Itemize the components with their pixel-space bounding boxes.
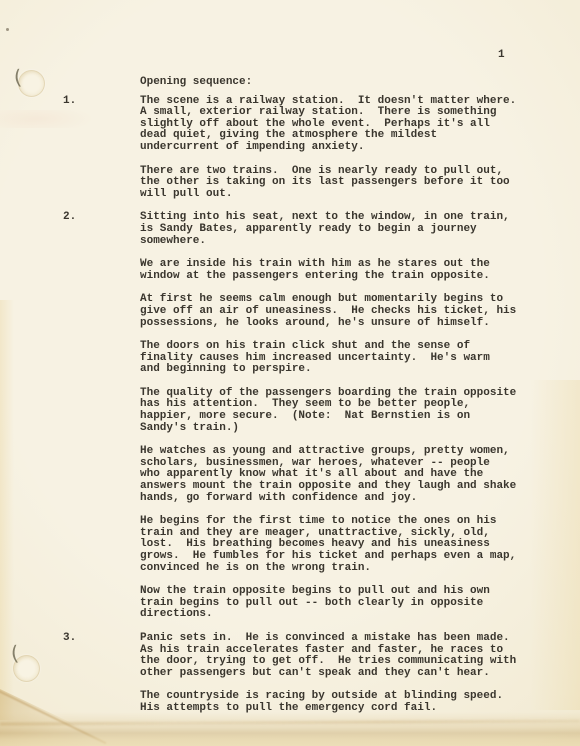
script-paragraph: We are inside his train with him as he s… <box>140 259 540 282</box>
section-paragraphs: The scene is a railway station. It doesn… <box>140 96 540 213</box>
script-paragraph: Panic sets in. He is convinced a mistake… <box>140 633 540 679</box>
scanned-page: ( ( 1 Opening sequence: 1. The scene is … <box>0 0 580 746</box>
script-paragraph: The scene is a railway station. It doesn… <box>140 96 540 154</box>
script-paragraph: At first he seems calm enough but moment… <box>140 294 540 329</box>
script-paragraph: The quality of the passengers boarding t… <box>140 388 540 434</box>
script-paragraph: The doors on his train click shut and th… <box>140 341 540 376</box>
item-number: 3. <box>0 633 140 727</box>
numbered-section-1: 1. The scene is a railway station. It do… <box>0 96 580 213</box>
item-number: 1. <box>0 96 140 213</box>
document-heading: Opening sequence: <box>140 77 580 89</box>
item-number: 2. <box>0 212 140 633</box>
script-paragraph: Now the train opposite begins to pull ou… <box>140 586 540 621</box>
section-paragraphs: Panic sets in. He is convinced a mistake… <box>140 633 540 727</box>
section-paragraphs: Sitting into his seat, next to the windo… <box>140 212 540 633</box>
document-body: Opening sequence: 1. The scene is a rail… <box>0 0 580 727</box>
numbered-section-3: 3. Panic sets in. He is convinced a mist… <box>0 633 580 727</box>
script-paragraph: Sitting into his seat, next to the windo… <box>140 212 540 247</box>
numbered-section-2: 2. Sitting into his seat, next to the wi… <box>0 212 580 633</box>
script-paragraph: He watches as young and attractive group… <box>140 446 540 504</box>
script-paragraph: There are two trains. One is nearly read… <box>140 166 540 201</box>
script-paragraph: The countryside is racing by outside at … <box>140 691 540 714</box>
script-paragraph: He begins for the first time to notice t… <box>140 516 540 574</box>
